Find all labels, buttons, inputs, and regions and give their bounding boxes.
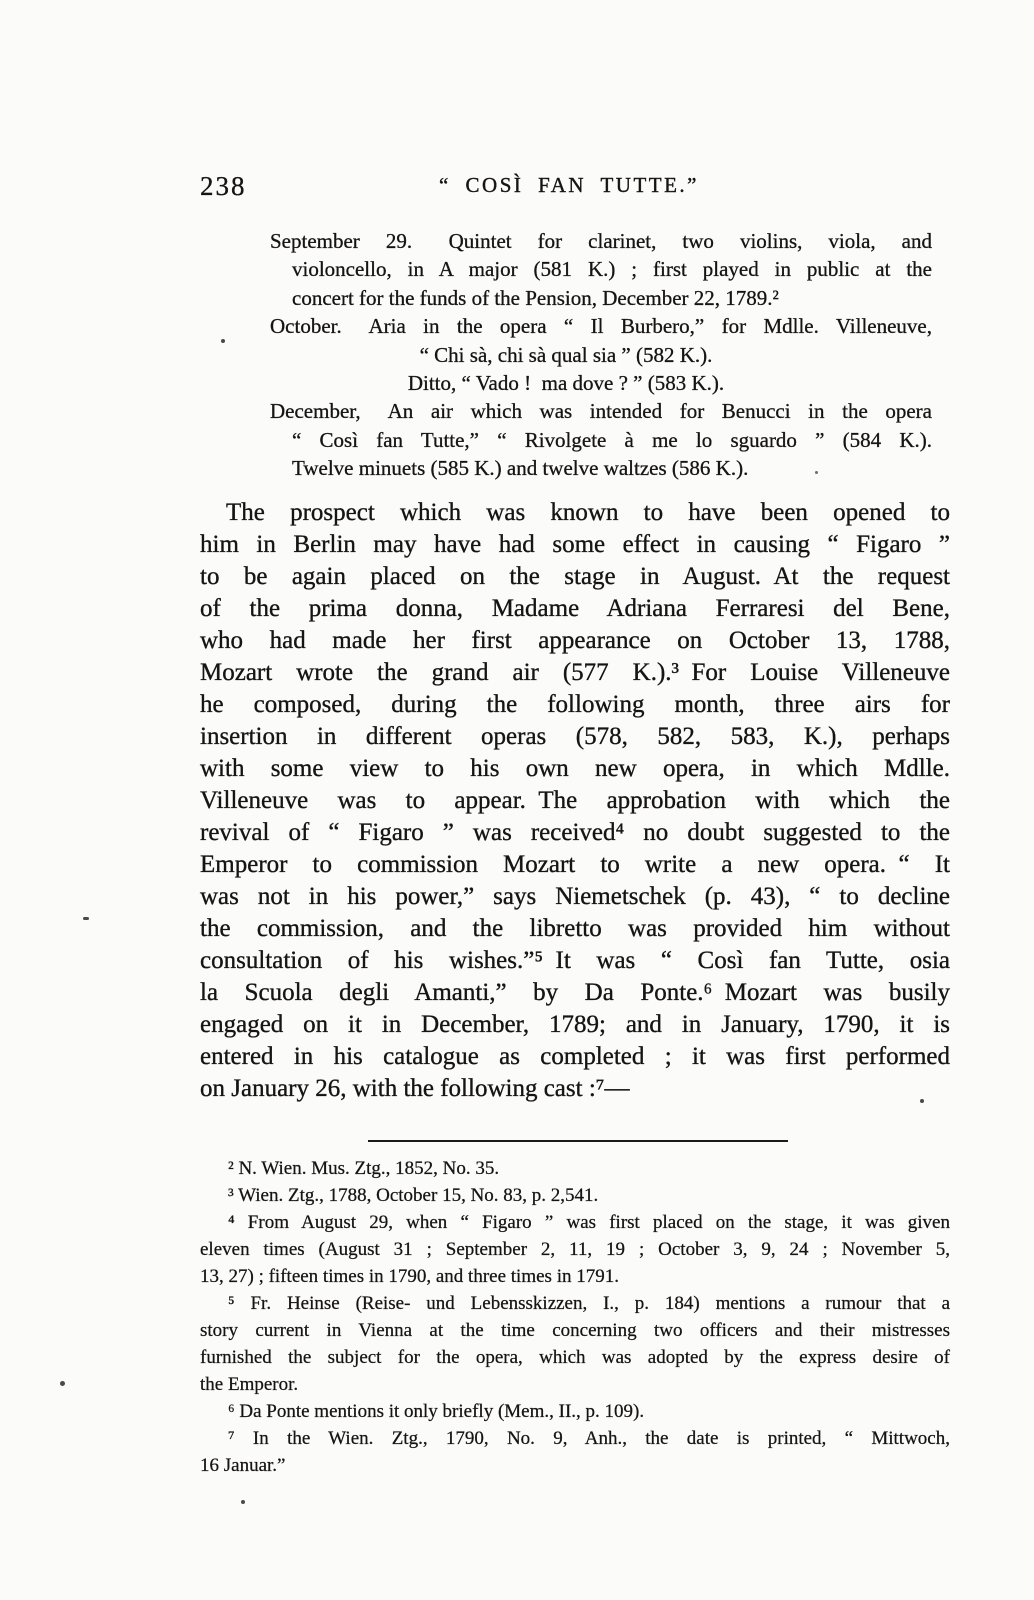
scan-speck (60, 1381, 65, 1386)
scan-speck (815, 471, 818, 474)
scan-speck (221, 339, 225, 343)
book-page: 238 “ COSÌ FAN TUTTE.” September 29. Qui… (0, 0, 1034, 1600)
footnote-rule (368, 1140, 788, 1142)
scan-speck (83, 917, 89, 920)
footnote-line: 13, 27) ; fifteen times in 1790, and thr… (200, 1263, 950, 1290)
paragraph-line: Emperor to commission Mozart to write a … (200, 849, 950, 881)
footnote-line: the Emperor. (200, 1371, 950, 1398)
page-header: 238 “ COSÌ FAN TUTTE.” (200, 170, 950, 202)
footnote-line: ² N. Wien. Mus. Ztg., 1852, No. 35. (200, 1155, 950, 1182)
paragraph-line: on January 26, with the following cast :… (200, 1073, 950, 1105)
paragraph-line: insertion in different operas (578, 582,… (200, 721, 950, 753)
footnote-line: furnished the subject for the opera, whi… (200, 1344, 950, 1371)
paragraph-line: entered in his catalogue as completed ; … (200, 1041, 950, 1073)
paragraph-line: Mozart wrote the grand air (577 K.).³ Fo… (200, 657, 950, 689)
paragraph-line: of the prima donna, Madame Adriana Ferra… (200, 593, 950, 625)
scan-speck (241, 1500, 245, 1504)
paragraph-line: The prospect which was known to have bee… (200, 497, 950, 529)
paragraph-line: la Scuola degli Amanti,” by Da Ponte.⁶ M… (200, 977, 950, 1009)
paragraph-line: engaged on it in December, 1789; and in … (200, 1009, 950, 1041)
paragraph-line: consultation of his wishes.”⁵ It was “ C… (200, 945, 950, 977)
works-list-line: October. Aria in the opera “ Il Burbero,… (200, 312, 932, 340)
paragraph-line: he composed, during the following month,… (200, 689, 950, 721)
works-list: September 29. Quintet for clarinet, two … (200, 227, 932, 483)
scan-speck (920, 1099, 924, 1103)
footnote-line: 16 Januar.” (200, 1452, 950, 1479)
works-list-line: “ Chi sà, chi sà qual sia ” (582 K.). (200, 341, 932, 369)
works-list-line: concert for the funds of the Pension, De… (200, 284, 932, 312)
paragraph-line: revival of “ Figaro ” was received⁴ no d… (200, 817, 950, 849)
footnote-line: ⁵ Fr. Heinse (Reise- und Lebensskizzen, … (200, 1290, 950, 1317)
paragraph-line: him in Berlin may have had some effect i… (200, 529, 950, 561)
works-list-line: December, An air which was intended for … (200, 397, 932, 425)
paragraph-line: to be again placed on the stage in Augus… (200, 561, 950, 593)
works-list-line: “ Così fan Tutte,” “ Rivolgete à me lo s… (200, 426, 932, 454)
footnote-line: ⁷ In the Wien. Ztg., 1790, No. 9, Anh., … (200, 1425, 950, 1452)
main-paragraph: The prospect which was known to have bee… (200, 497, 950, 1105)
footnote-line: eleven times (August 31 ; September 2, 1… (200, 1236, 950, 1263)
running-title: “ COSÌ FAN TUTTE.” (194, 170, 944, 198)
footnote-line: story current in Vienna at the time conc… (200, 1317, 950, 1344)
footnote-line: ⁶ Da Ponte mentions it only briefly (Mem… (200, 1398, 950, 1425)
paragraph-line: Villeneuve was to appear. The approbatio… (200, 785, 950, 817)
paragraph-line: who had made her first appearance on Oct… (200, 625, 950, 657)
works-list-line: violoncello, in A major (581 K.) ; first… (200, 255, 932, 283)
works-list-line: September 29. Quintet for clarinet, two … (200, 227, 932, 255)
footnote-line: ⁴ From August 29, when “ Figaro ” was fi… (200, 1209, 950, 1236)
paragraph-line: with some view to his own new opera, in … (200, 753, 950, 785)
works-list-line: Twelve minuets (585 K.) and twelve waltz… (200, 454, 932, 482)
footnote-line: ³ Wien. Ztg., 1788, October 15, No. 83, … (200, 1182, 950, 1209)
works-list-line: Ditto, “ Vado ! ma dove ? ” (583 K.). (200, 369, 932, 397)
paragraph-line: the commission, and the libretto was pro… (200, 913, 950, 945)
paragraph-line: was not in his power,” says Niemetschek … (200, 881, 950, 913)
footnotes: ² N. Wien. Mus. Ztg., 1852, No. 35. ³ Wi… (200, 1155, 950, 1479)
